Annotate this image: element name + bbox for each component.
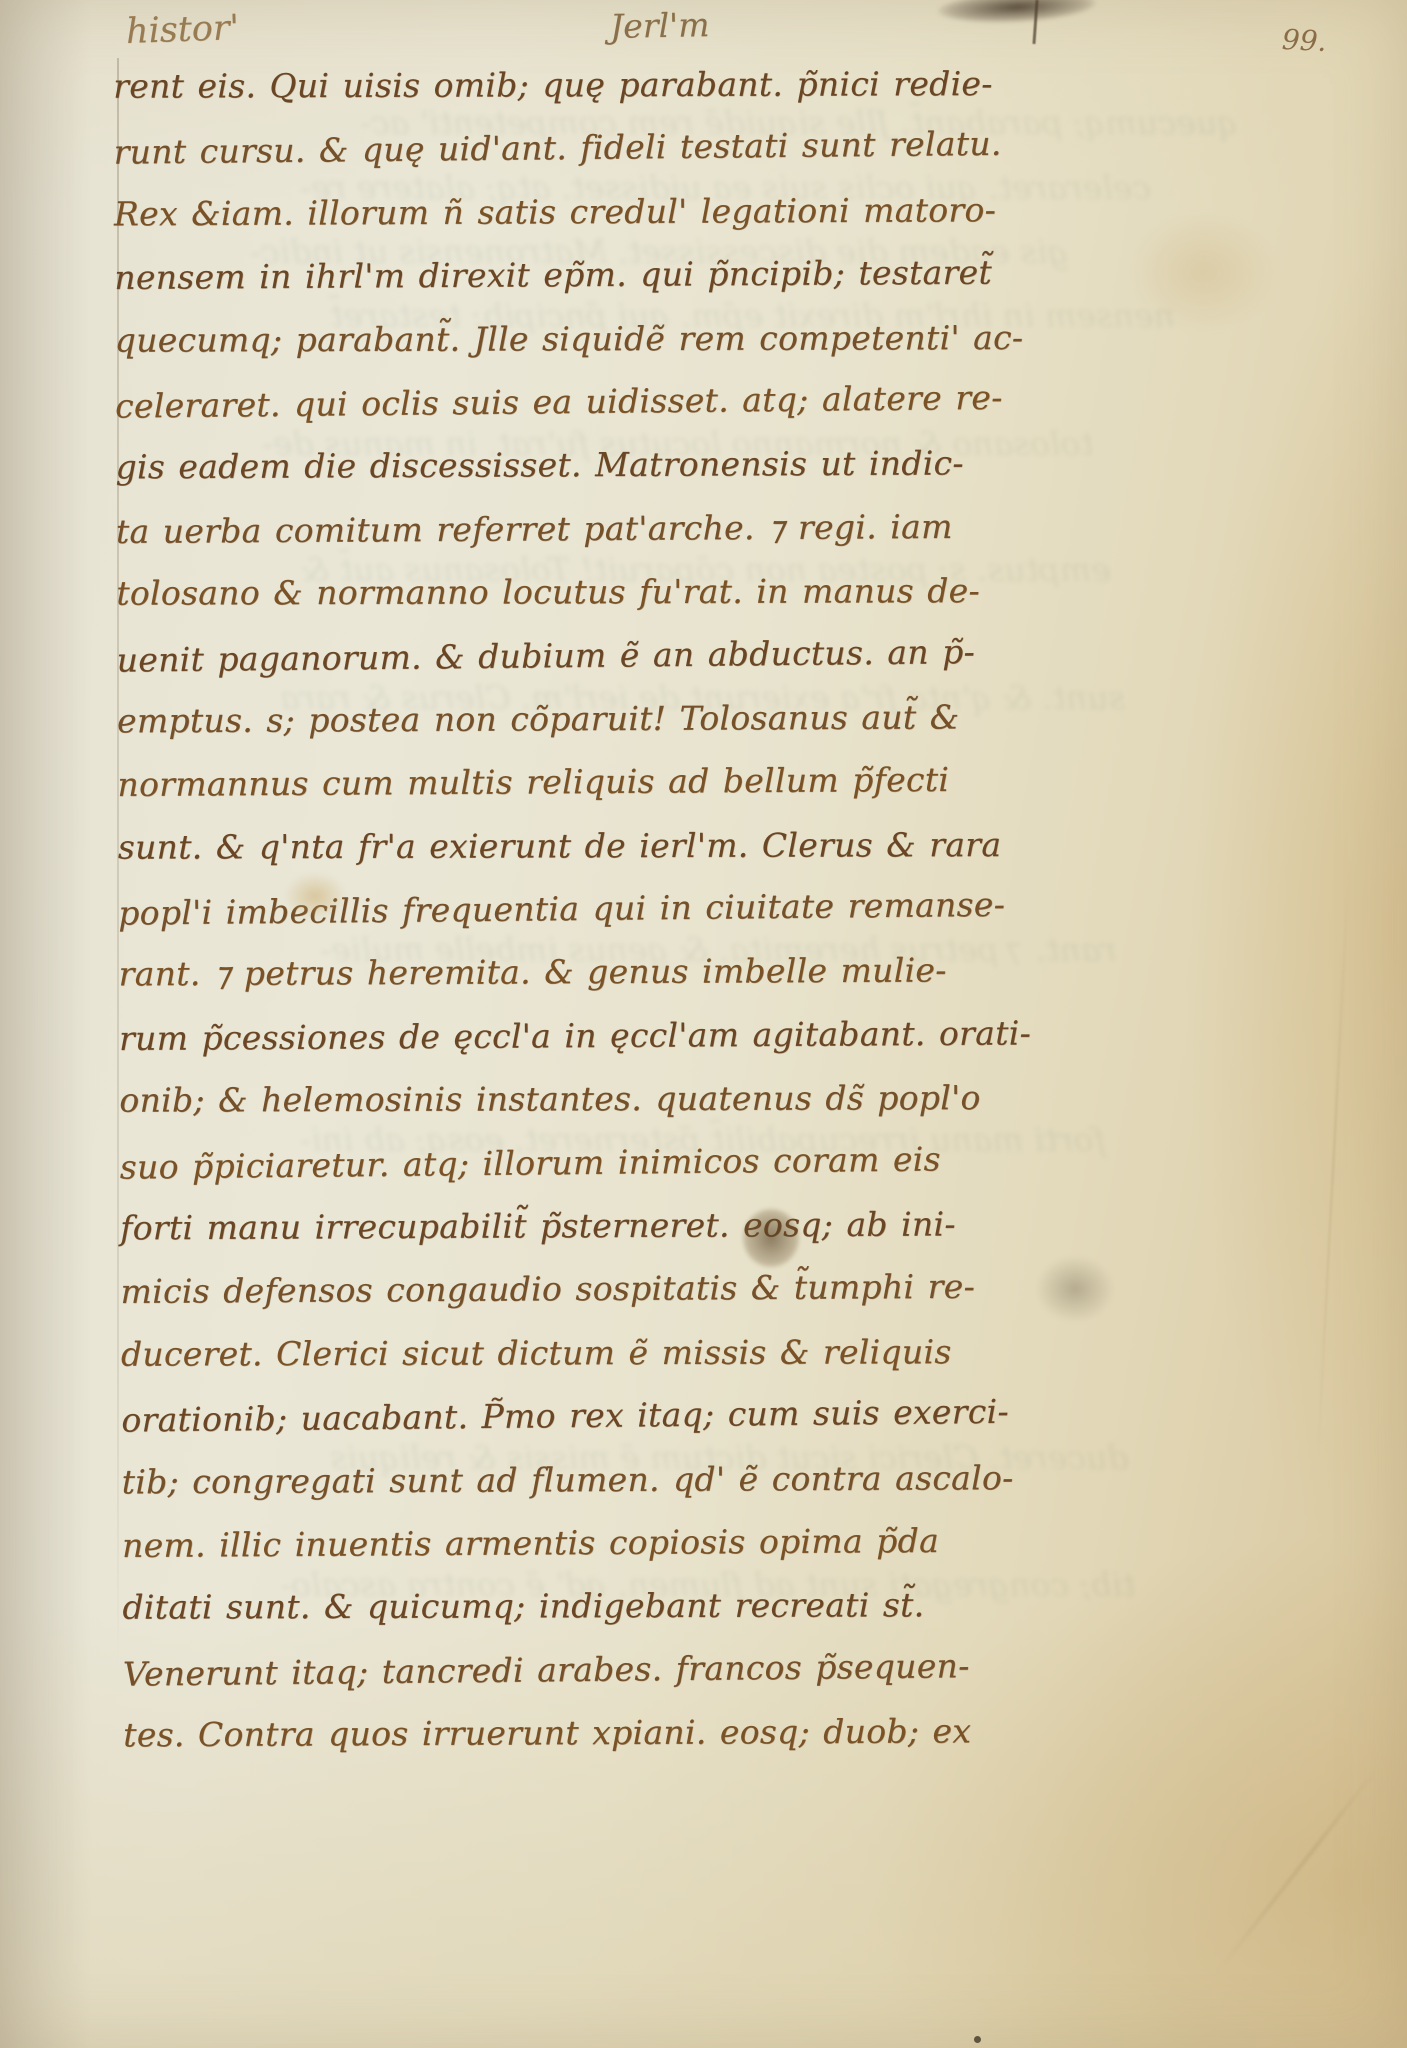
margin-annotation-histor: histor'	[125, 8, 240, 52]
manuscript-line: onib; & helemosinis instantes. quatenus …	[119, 1066, 969, 1132]
manuscript-line: popl'i imbecillis frequentia qui in ciui…	[118, 873, 969, 945]
manuscript-line: forti manu irrecupabilit̃ p̃sterneret. e…	[120, 1192, 970, 1259]
manuscript-line: Venerunt itaq; tancredi arabes. francos …	[123, 1634, 974, 1706]
manuscript-line: Rex &iam. illorum ñ satis credul' legati…	[114, 178, 964, 245]
ink-smudge	[937, 0, 1096, 26]
manuscript-line: nensem in ihrl'm direxit ep̃m. qui p̃nci…	[114, 241, 964, 310]
parchment-speck	[974, 2036, 981, 2043]
manuscript-line: normannus cum multis reliquis ad bellum …	[117, 748, 967, 817]
manuscript-line: orationib; uacabant. P̃mo rex itaq; cum …	[121, 1380, 972, 1452]
manuscript-line: celeraret. qui oclis suis ea uidisset. a…	[115, 366, 966, 438]
manuscript-line: rant. ⁊ petrus heremita. & genus imbelle…	[118, 939, 968, 1006]
parchment-crease	[1216, 1767, 1378, 1974]
folio-number: 99.	[1281, 23, 1327, 58]
manuscript-line: tolosano & normanno locutus fu'rat. in m…	[116, 559, 966, 625]
manuscript-line: emptus. s; postea non cõparuit! Tolosanu…	[117, 685, 967, 752]
manuscript-line: tib; congregati sunt ad flumen. qd' ẽ co…	[122, 1446, 972, 1513]
manuscript-line: micis defensos congaudio sospitatis & t̃…	[120, 1255, 970, 1324]
manuscript-line: uenit paganorum. & dubium ẽ an abductus.…	[116, 620, 967, 692]
manuscript-line: tes. Contra quos irruerunt xpiani. eosq;…	[123, 1700, 973, 1767]
parchment-crease	[1316, 860, 1350, 1479]
manuscript-line: ditati sunt. & quicumq; indigebant recre…	[122, 1573, 972, 1639]
parchment-smudge	[1036, 1256, 1114, 1322]
manuscript-line: ta uerba comitum referret pat'arche. ⁊ r…	[116, 495, 966, 564]
text-block: rent eis. Qui uisis omib; quę parabant. …	[113, 51, 973, 1768]
manuscript-line: runt cursu. & quę uid'ant. fideli testat…	[113, 113, 964, 185]
manuscript-line: sunt. & q'nta fr'a exierunt de ierl'm. C…	[118, 813, 968, 879]
manuscript-line: gis eadem die discessisset. Matronensis …	[115, 432, 965, 499]
manuscript-line: rent eis. Qui uisis omib; quę parabant. …	[113, 52, 963, 118]
manuscript-line: suo p̃piciaretur. atq; illorum inimicos …	[119, 1127, 970, 1199]
manuscript-line: rum p̃cessiones de ęccl'a in ęccl'am agi…	[119, 1002, 969, 1071]
manuscript-line: quecumq; parabant̃. Jlle siquidẽ rem com…	[115, 306, 965, 372]
manuscript-page: quecumq; parabant̃. Jlle siquidẽ rem com…	[0, 0, 1407, 2048]
manuscript-line: nem. illic inuentis armentis copiosis op…	[122, 1509, 972, 1578]
margin-annotation-jerusalem: Jerl'm	[610, 5, 710, 46]
manuscript-line: duceret. Clerici sicut dictum ẽ missis &…	[121, 1320, 971, 1386]
